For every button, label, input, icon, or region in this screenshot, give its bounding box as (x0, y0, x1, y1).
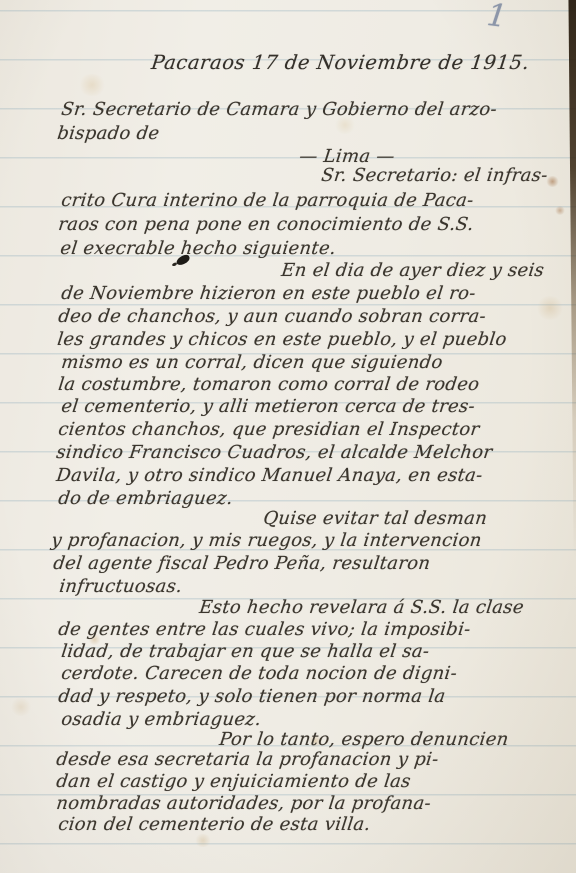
dateline: Pacaraos 17 de Noviembre de 1915. (150, 52, 531, 74)
foxing-stain (536, 296, 564, 320)
binding-edge-shadow (563, 0, 576, 560)
manuscript-line: les grandes y chicos en este pueblo, y e… (56, 329, 508, 351)
manuscript-line: de Noviembre hizieron en este pueblo el … (60, 283, 477, 305)
manuscript-line: mismo es un corral, dicen que siguiendo (60, 352, 444, 374)
manuscript-line: cion del cementerio de esta villa. (57, 814, 372, 836)
manuscript-line: Esto hecho revelara á S.S. la clase (198, 597, 525, 619)
manuscript-line: raos con pena pone en conocimiento de S.… (57, 214, 475, 236)
manuscript-line: Sr. Secretario de Camara y Gobierno del … (60, 99, 498, 121)
manuscript-line: Davila, y otro sindico Manuel Anaya, en … (55, 465, 484, 487)
manuscript-page: 1 Pacaraos 17 de Noviembre de 1915. Sr. … (0, 0, 576, 873)
manuscript-line: la costumbre, tomaron como corral de rod… (57, 374, 481, 396)
manuscript-line: lidad, de trabajar en que se halla el sa… (60, 641, 431, 663)
manuscript-line: Por lo tanto, espero denuncien (218, 729, 510, 751)
page-number: 1 (485, 0, 509, 35)
manuscript-line: osadia y embriaguez. (60, 709, 262, 731)
foxing-stain (546, 176, 559, 187)
manuscript-line: de gentes entre las cuales vivo; la impo… (57, 619, 472, 641)
manuscript-line: y profanacion, y mis ruegos, y la interv… (50, 530, 483, 552)
manuscript-line: do de embriaguez. (57, 488, 234, 510)
manuscript-line: cerdote. Carecen de toda nocion de digni… (60, 663, 458, 685)
manuscript-line: dad y respeto, y solo tienen por norma l… (57, 686, 447, 708)
manuscript-line: sindico Francisco Cuadros, el alcalde Me… (55, 442, 494, 464)
manuscript-line: del agente fiscal Pedro Peña, resultaron (52, 553, 432, 575)
manuscript-line: Quise evitar tal desman (262, 508, 488, 530)
manuscript-line: infructuosas. (58, 576, 183, 598)
manuscript-line: Sr. Secretario: el infras- (320, 165, 549, 187)
manuscript-line: nombradas autoridades, por la profana- (55, 793, 432, 815)
manuscript-line: el execrable hecho siguiente. (59, 238, 337, 260)
manuscript-line: bispado de (56, 123, 161, 145)
foxing-stain (555, 206, 565, 215)
foxing-stain (78, 74, 106, 96)
manuscript-line: el cementerio, y alli metieron cerca de … (60, 396, 476, 418)
manuscript-line: En el dia de ayer diez y seis (280, 260, 545, 282)
manuscript-line: crito Cura interino de la parroquia de P… (60, 190, 475, 212)
manuscript-line: desde esa secretaria la profanacion y pi… (55, 749, 440, 771)
manuscript-line: deo de chanchos, y aun cuando sobran cor… (57, 306, 487, 328)
manuscript-line: cientos chanchos, que presidian el Inspe… (57, 419, 481, 441)
manuscript-line: dan el castigo y enjuiciamiento de las (55, 771, 412, 793)
foxing-stain (10, 698, 32, 716)
